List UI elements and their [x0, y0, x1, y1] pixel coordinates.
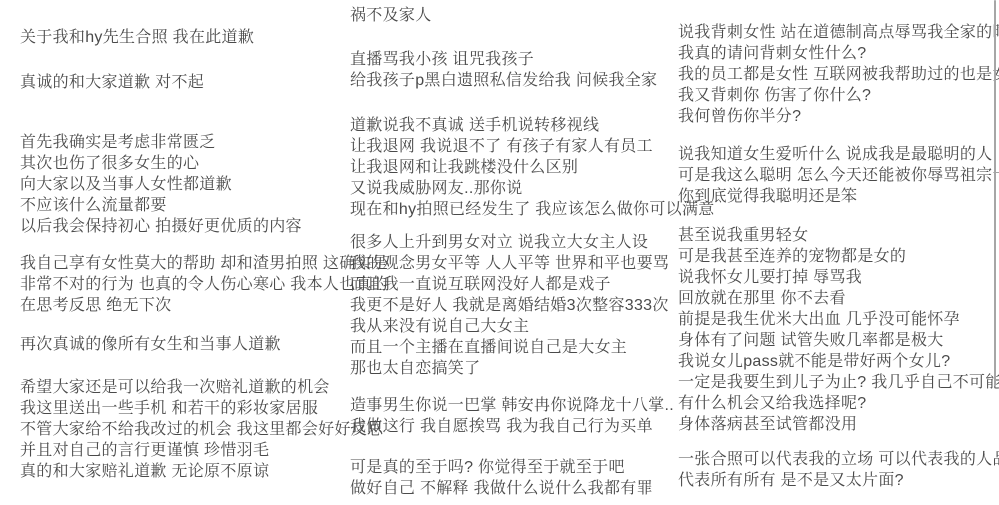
- text-line: 我说女儿pass就不能是带好两个女儿?: [678, 351, 999, 372]
- text-line: 现在和hy拍照已经发生了 我应该怎么做你可以满意: [350, 199, 715, 220]
- paragraph: 说我背刺女性 站在道德制高点辱骂我全家的时候我真的请问背刺女性什么?我的员工都是…: [678, 22, 999, 127]
- text-line: 直播骂我小孩 诅咒我孩子: [350, 49, 657, 70]
- text-line: 说我知道女生爱听什么 说成我是最聪明的人: [678, 144, 999, 165]
- text-line: 再次真诚的像所有女生和当事人道歉: [20, 334, 281, 355]
- paragraph: 再次真诚的像所有女生和当事人道歉: [20, 334, 281, 355]
- text-line: 我的员工都是女性 互联网被我帮助过的也是女性: [678, 64, 999, 85]
- text-line: 真诚的和大家道歉 对不起: [20, 72, 204, 93]
- text-line: 我做这行 我自愿挨骂 我为我自己行为买单: [350, 416, 674, 437]
- text-line: 可是真的至于吗? 你觉得至于就至于吧: [350, 457, 653, 478]
- paragraph: 关于我和hy先生合照 我在此道歉: [20, 27, 254, 48]
- text-line: 造事男生你说一巴掌 韩安冉你说降龙十八掌..: [350, 395, 674, 416]
- text-line: 一张合照可以代表我的立场 可以代表我的人品 可以: [678, 449, 999, 470]
- text-line: 一定是我要生到儿子为止? 我几乎自己不可能怀孕: [678, 372, 999, 393]
- text-line: 祸不及家人: [350, 5, 432, 26]
- text-line: 关于我和hy先生合照 我在此道歉: [20, 27, 254, 48]
- text-line: 说我怀女儿要打掉 辱骂我: [678, 267, 999, 288]
- text-line: 说我背刺女性 站在道德制高点辱骂我全家的时候: [678, 22, 999, 43]
- text-line: 我又背刺你 伤害了你什么?: [678, 85, 999, 106]
- text-line: 有什么机会又给我选择呢?: [678, 393, 999, 414]
- text-line: 身体落病甚至试管都没用: [678, 414, 999, 435]
- text-line: 我的观念男女平等 人人平等 世界和平也要骂: [350, 253, 669, 274]
- paragraph: 说我知道女生爱听什么 说成我是最聪明的人可是我这么聪明 怎么今天还能被你辱骂祖宗…: [678, 144, 999, 207]
- text-line: 并且对自己的言行更谨慎 珍惜羽毛: [20, 440, 383, 461]
- text-line: 不应该什么流量都要: [20, 195, 302, 216]
- text-line: 我更不是好人 我就是离婚结婚3次整容333次: [350, 295, 669, 316]
- text-line: 不管大家给不给我改过的机会 我这里都会好好反思: [20, 419, 383, 440]
- paragraph: 我自己享有女性莫大的帮助 却和渣男拍照 这确实是非常不对的行为 也真的令人伤心寒…: [20, 253, 388, 316]
- paragraph: 首先我确实是考虑非常匮乏其次也伤了很多女生的心向大家以及当事人女性都道歉不应该什…: [20, 132, 302, 237]
- text-line: 道歉说我不真诚 送手机说转移视线: [350, 115, 715, 136]
- paragraph: 真诚的和大家道歉 对不起: [20, 72, 204, 93]
- text-line: 我从来没有说自己大女主: [350, 316, 669, 337]
- text-line: 前提是我生优米大出血 几乎没可能怀孕: [678, 309, 999, 330]
- text-line: 可是我这么聪明 怎么今天还能被你辱骂祖宗十八代: [678, 165, 999, 186]
- text-line: 做好自己 不解释 我做什么说什么我都有罪: [350, 478, 653, 499]
- text-line: 代表所有所有 是不是又太片面?: [678, 470, 999, 491]
- text-line: 甚至说我重男轻女: [678, 225, 999, 246]
- text-line: 而且我一直说互联网没好人都是戏子: [350, 274, 669, 295]
- text-line: 又说我威胁网友..那你说: [350, 178, 715, 199]
- text-line: 身体有了问题 试管失败几率都是极大: [678, 330, 999, 351]
- text-line: 向大家以及当事人女性都道歉: [20, 174, 302, 195]
- text-line: 首先我确实是考虑非常匮乏: [20, 132, 302, 153]
- paragraph: 希望大家还是可以给我一次赔礼道歉的机会我这里送出一些手机 和若干的彩妆家居服不管…: [20, 377, 383, 482]
- paragraph: 造事男生你说一巴掌 韩安冉你说降龙十八掌..我做这行 我自愿挨骂 我为我自己行为…: [350, 395, 674, 437]
- text-line: 可是我甚至连养的宠物都是女的: [678, 246, 999, 267]
- text-line: 以后我会保持初心 拍摄好更优质的内容: [20, 216, 302, 237]
- text-line: 回放就在那里 你不去看: [678, 288, 999, 309]
- text-line: 让我退网和让我跳楼没什么区别: [350, 157, 715, 178]
- paragraph: 祸不及家人: [350, 5, 432, 26]
- text-line: 希望大家还是可以给我一次赔礼道歉的机会: [20, 377, 383, 398]
- text-line: 很多人上升到男女对立 说我立大女主人设: [350, 232, 669, 253]
- text-line: 在思考反思 绝无下次: [20, 295, 388, 316]
- text-line: 我自己享有女性莫大的帮助 却和渣男拍照 这确实是: [20, 253, 388, 274]
- text-line: 那也太自恋搞笑了: [350, 358, 669, 379]
- text-line: 其次也伤了很多女生的心: [20, 153, 302, 174]
- text-line: 我何曾伤你半分?: [678, 106, 999, 127]
- paragraph: 很多人上升到男女对立 说我立大女主人设我的观念男女平等 人人平等 世界和平也要骂…: [350, 232, 669, 379]
- text-line: 我真的请问背刺女性什么?: [678, 43, 999, 64]
- page-edge-divider: [994, 0, 996, 386]
- text-line: 而且一个主播在直播间说自己是大女主: [350, 337, 669, 358]
- paragraph: 一张合照可以代表我的立场 可以代表我的人品 可以代表所有所有 是不是又太片面?: [678, 449, 999, 491]
- text-line: 给我孩子p黑白遗照私信发给我 问候我全家: [350, 70, 657, 91]
- statement-collage: 关于我和hy先生合照 我在此道歉真诚的和大家道歉 对不起首先我确实是考虑非常匮乏…: [0, 0, 999, 505]
- paragraph: 甚至说我重男轻女可是我甚至连养的宠物都是女的说我怀女儿要打掉 辱骂我回放就在那里…: [678, 225, 999, 435]
- paragraph: 可是真的至于吗? 你觉得至于就至于吧做好自己 不解释 我做什么说什么我都有罪: [350, 457, 653, 499]
- text-line: 我这里送出一些手机 和若干的彩妆家居服: [20, 398, 383, 419]
- text-line: 真的和大家赔礼道歉 无论原不原谅: [20, 461, 383, 482]
- paragraph: 道歉说我不真诚 送手机说转移视线让我退网 我说退不了 有孩子有家人有员工让我退网…: [350, 115, 715, 220]
- paragraph: 直播骂我小孩 诅咒我孩子给我孩子p黑白遗照私信发给我 问候我全家: [350, 49, 657, 91]
- text-line: 非常不对的行为 也真的令人伤心寒心 我本人也真的: [20, 274, 388, 295]
- text-line: 让我退网 我说退不了 有孩子有家人有员工: [350, 136, 715, 157]
- text-line: 你到底觉得我聪明还是笨: [678, 186, 999, 207]
